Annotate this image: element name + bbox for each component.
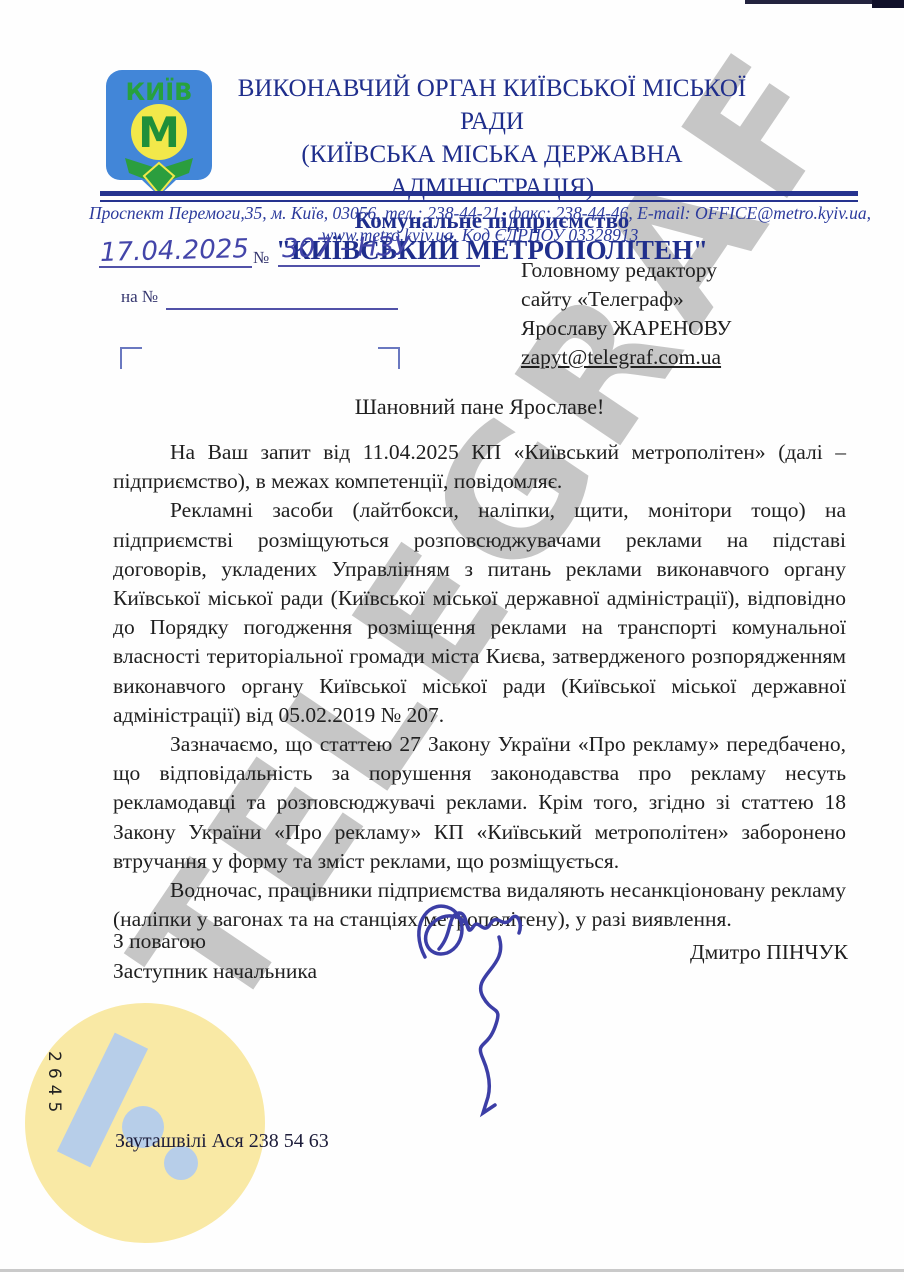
logo-metro-m-icon: М: [138, 108, 180, 157]
recipient-email: zapyt@telegraf.com.ua: [521, 343, 771, 372]
closing-regards: З повагою: [113, 926, 317, 956]
scan-artifact-top-corner: [872, 0, 904, 8]
number-sign: №: [253, 248, 269, 268]
paragraph-3: Зазначаємо, що статтею 27 Закону України…: [113, 730, 846, 876]
letterhead-divider: [100, 191, 858, 202]
paragraph-1: На Ваш запит від 11.04.2025 КП «Київськи…: [113, 438, 846, 496]
address-zone-bracket-right: [378, 347, 400, 369]
number-underline: [278, 265, 480, 267]
closing-block: З повагою Заступник начальника: [113, 926, 317, 986]
signature-scribble: [395, 893, 545, 1118]
incoming-ref-underline: [166, 308, 398, 310]
signer-name: Дмитро ПІНЧУК: [690, 940, 848, 965]
salutation: Шановний пане Ярославе!: [113, 394, 846, 420]
org-name-line1: ВИКОНАВЧИЙ ОРГАН КИЇВСЬКОЇ МІСЬКОЇ РАДИ: [222, 72, 762, 138]
recipient-title: Головному редактору: [521, 256, 771, 285]
recipient-block: Головному редактору сайту «Телеграф» Яро…: [521, 256, 771, 372]
paragraph-2: Рекламні засоби (лайтбокси, наліпки, щит…: [113, 496, 846, 730]
scanned-letter-page: TELEGRAF КИЇВ М ВИКОНАВЧИЙ ОРГАН КИЇВСЬК…: [0, 0, 904, 1280]
kyiv-metro-logo: КИЇВ М: [103, 68, 215, 198]
address-zone-bracket-left: [120, 347, 142, 369]
vertical-doc-number: 2645: [44, 1051, 64, 1118]
recipient-name: Ярославу ЖАРЕНОВУ: [521, 314, 771, 343]
handwritten-outgoing-date: 17.04.2025: [100, 234, 250, 268]
letter-body: На Ваш запит від 11.04.2025 КП «Київськи…: [113, 438, 846, 934]
scan-artifact-bottom-edge: [0, 1269, 904, 1272]
logo-city-label: КИЇВ: [126, 77, 193, 106]
handwritten-outgoing-number: 307 - НЗУ: [282, 232, 410, 264]
address-line1: Проспект Перемоги,35, м. Київ, 03056, те…: [85, 202, 875, 224]
recipient-site: сайту «Телеграф»: [521, 285, 771, 314]
date-underline: [99, 266, 252, 268]
closing-position: Заступник начальника: [113, 956, 317, 986]
executor-contact: Зауташвілі Ася 238 54 63: [115, 1130, 329, 1153]
incoming-ref-label: на №: [121, 287, 158, 307]
letter-content: КИЇВ М ВИКОНАВЧИЙ ОРГАН КИЇВСЬКОЇ МІСЬКО…: [0, 0, 904, 1280]
